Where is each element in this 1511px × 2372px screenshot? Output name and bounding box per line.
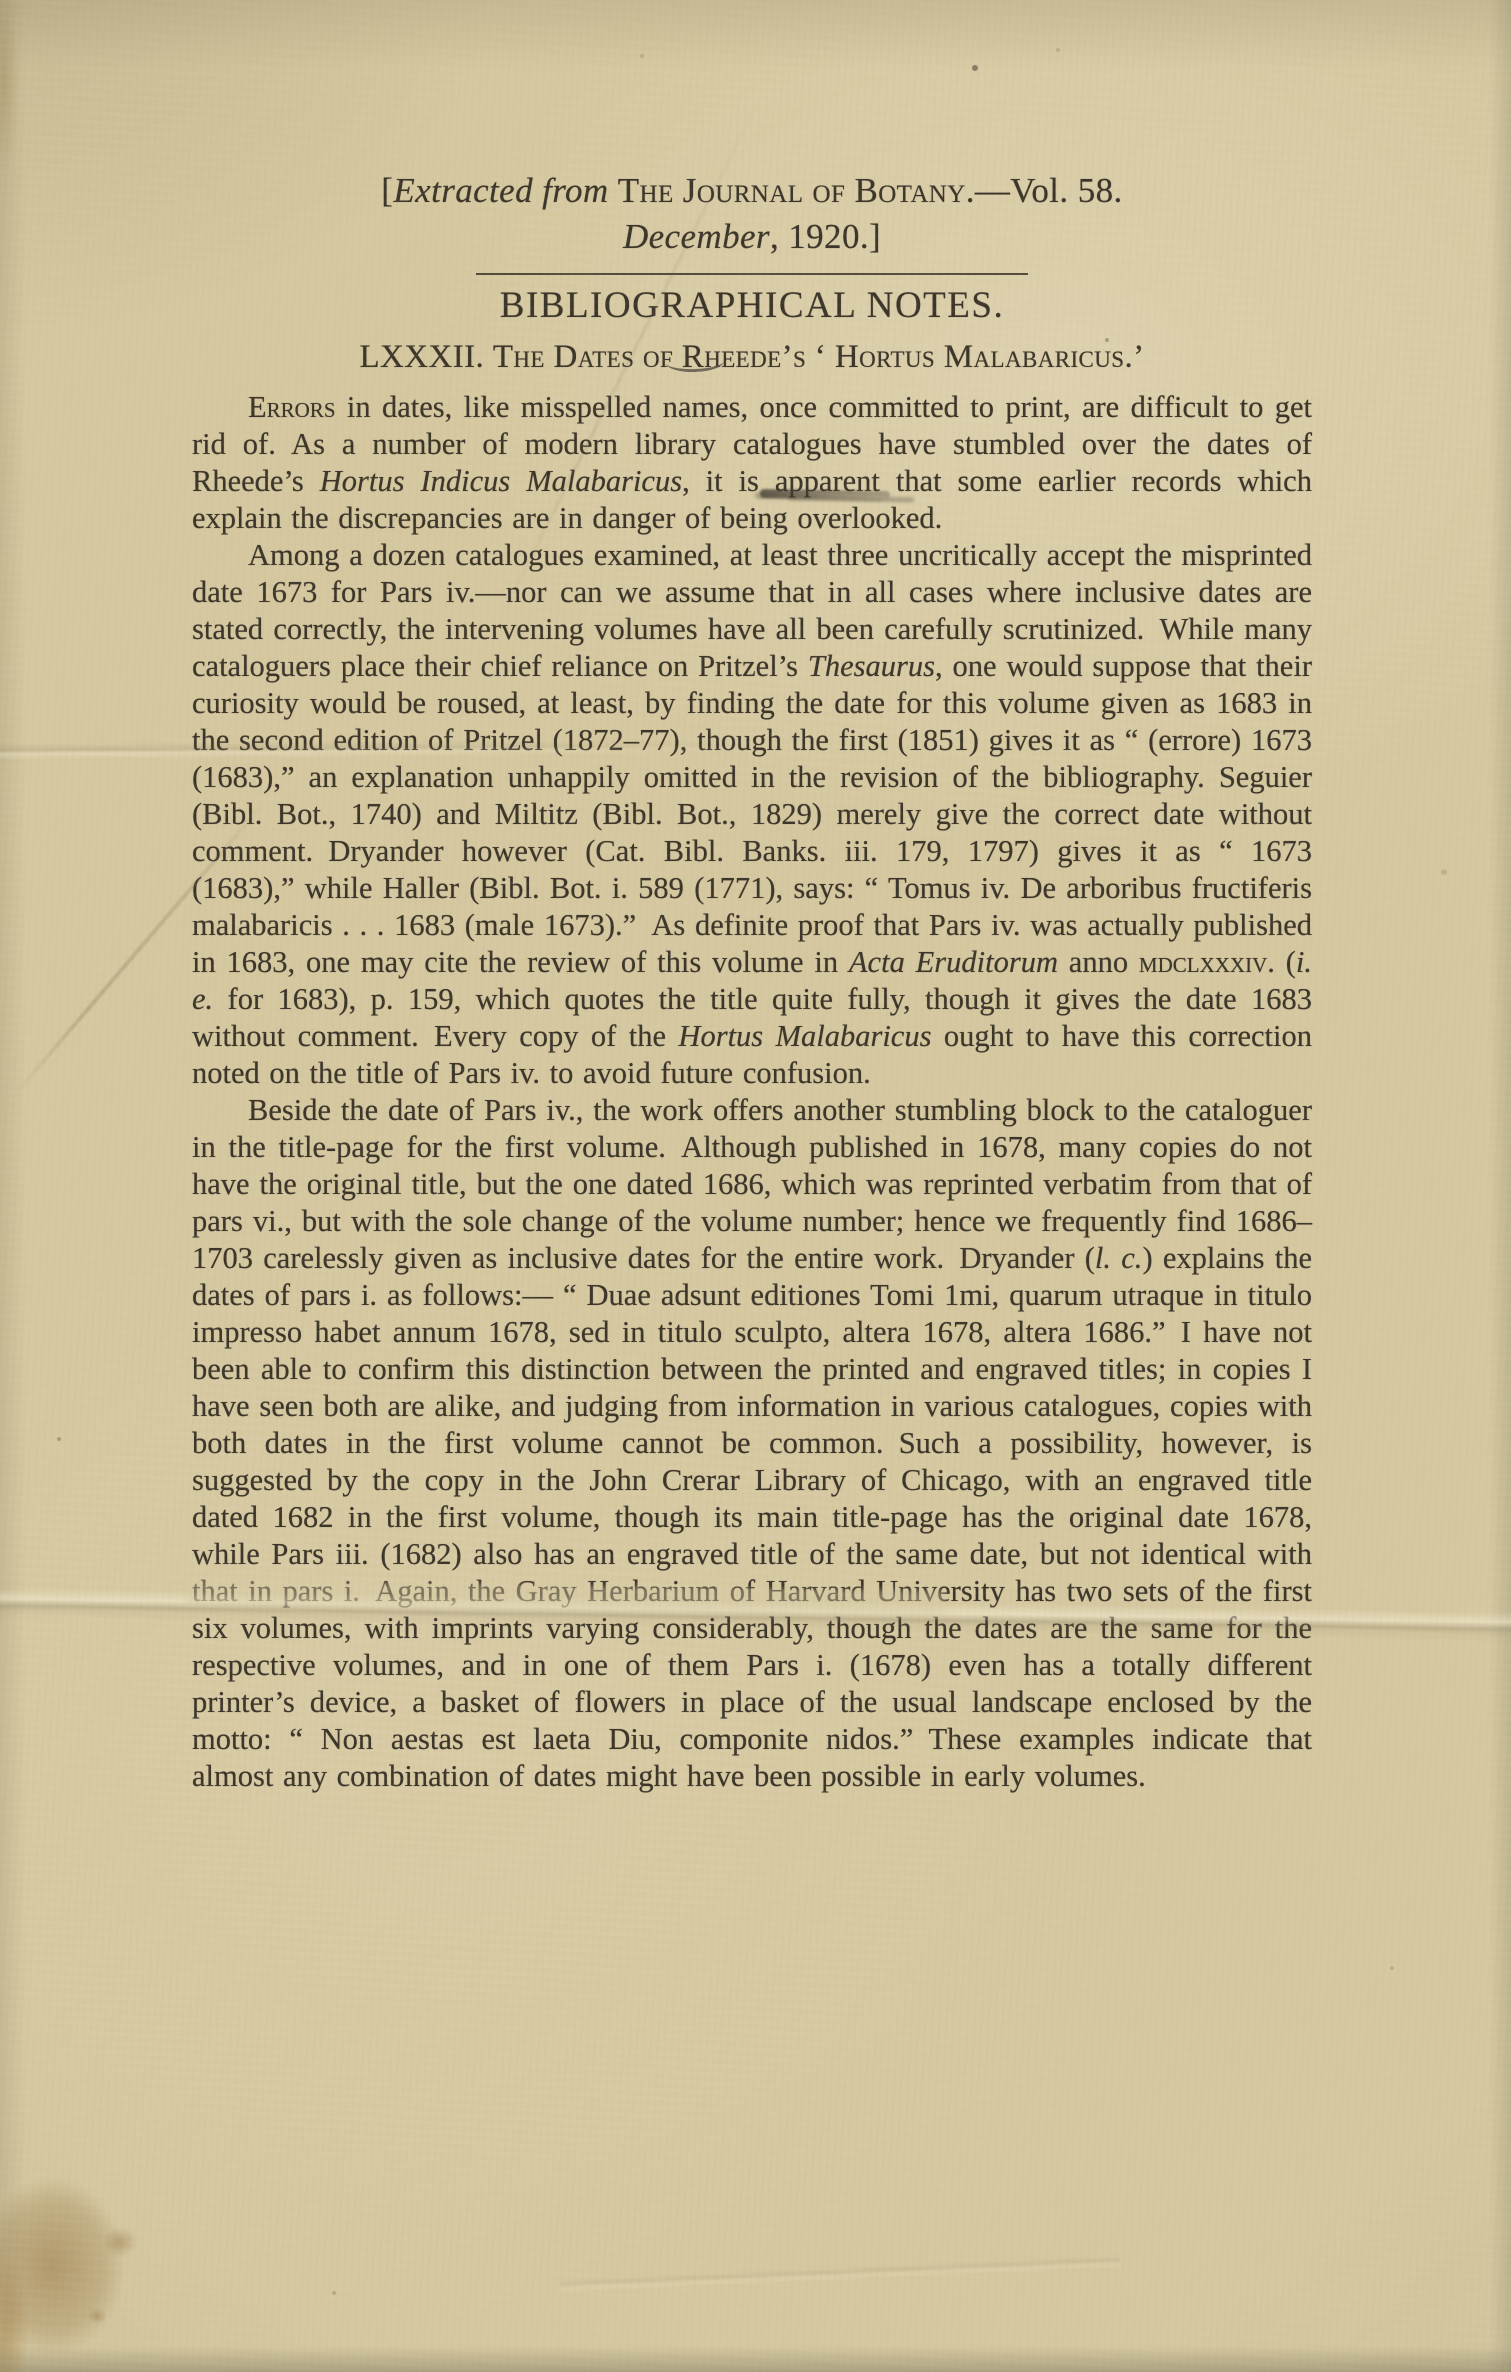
extract-source-line: [Extracted from The Journal of Botany.—V… (192, 168, 1312, 214)
paragraph-among-a-dozen: Among a dozen catalogues examined, at le… (192, 537, 1312, 1092)
paper-crease-bottom (560, 2256, 1120, 2292)
section-title: BIBLIOGRAPHICAL NOTES. (192, 285, 1312, 327)
paragraph-errors-in-dates: Errors in dates, like misspelled names, … (192, 389, 1312, 537)
paper-specks (0, 0, 4, 4)
extract-date-line: December, 1920.] (192, 214, 1312, 260)
divider-rule (476, 273, 1028, 275)
paragraph-beside-the-date: Beside the date of Pars iv., the work of… (192, 1092, 1312, 1795)
pencil-smudge-under-rheedes (760, 489, 890, 500)
article-title: LXXXII. The Dates of Rheede’s ‘ Hortus M… (192, 337, 1312, 377)
printed-text-block: [Extracted from The Journal of Botany.—V… (192, 168, 1312, 1795)
scanned-journal-page: [Extracted from The Journal of Botany.—V… (0, 0, 1511, 2372)
